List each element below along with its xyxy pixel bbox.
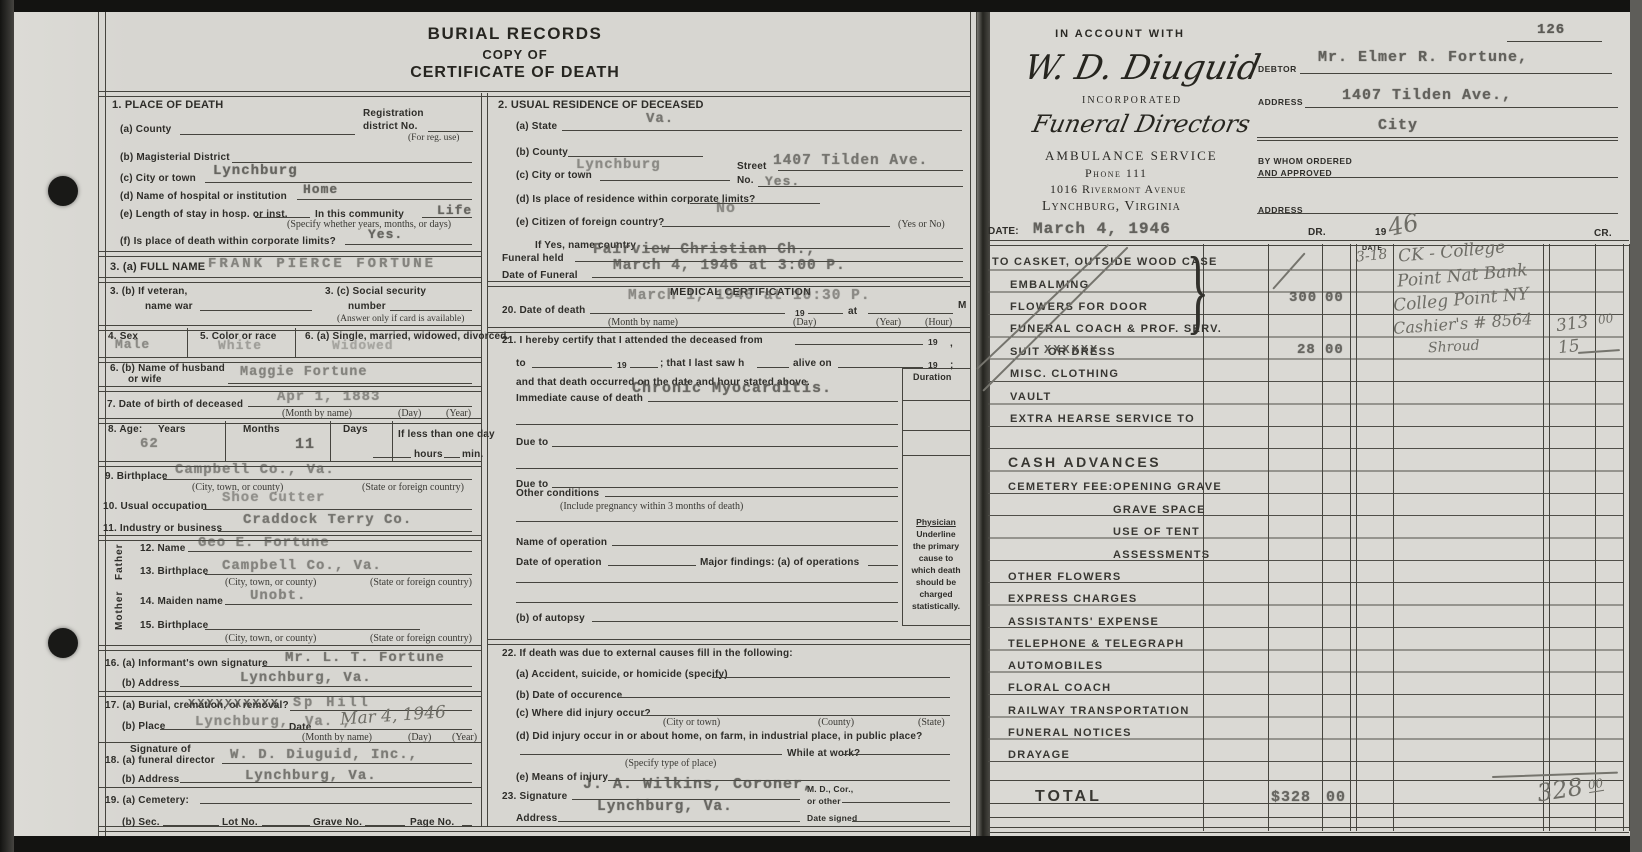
ledger-item: OPENING GRAVE xyxy=(1113,481,1222,493)
age-years-label: Years xyxy=(158,424,186,435)
physician-note-line: should be xyxy=(902,576,970,588)
md-cor-label: M. D., Cor., xyxy=(807,784,853,794)
street-no-label: No. xyxy=(737,175,754,186)
date-col-entry: 3-18 xyxy=(1355,246,1388,265)
mother-label: Mother xyxy=(114,588,125,630)
punch-hole xyxy=(48,628,78,658)
burial-place-value: Lynchburg, xyxy=(195,714,289,730)
age-less-label: If less than one day xyxy=(398,429,495,440)
death-date-label: 20. Date of death xyxy=(502,305,585,316)
age-days-label: Days xyxy=(343,424,368,435)
physician-note-line: Physician xyxy=(902,516,970,528)
industry-label: 11. Industry or business xyxy=(103,523,222,534)
section2-title: 2. USUAL RESIDENCE OF DECEASED xyxy=(498,99,704,111)
total-label: TOTAL xyxy=(1035,788,1102,806)
director-addr-label: (b) Address xyxy=(122,774,179,785)
city-town-value: Lynchburg xyxy=(213,163,298,179)
mother-bp-hint1: (City, town, or county) xyxy=(225,633,316,644)
age-hours-label: hours xyxy=(414,449,443,460)
scan-left-edge xyxy=(0,0,14,852)
place-type-hint: (Specify type of place) xyxy=(625,758,716,769)
document-subtitle: COPY OF xyxy=(290,47,740,62)
street-label: Street xyxy=(737,161,767,172)
funeral-date-value: March 4, 1946 at 3:00 P. xyxy=(613,258,846,274)
phone: Phone 111 xyxy=(1085,166,1148,181)
marital-value: Widowed xyxy=(332,338,394,353)
ledger-page-number: 126 xyxy=(1537,22,1565,38)
or-other-label: or other xyxy=(807,796,841,806)
scan-top-edge xyxy=(0,0,1642,12)
maiden-name-value: Unobt. xyxy=(250,588,306,604)
death-at-label: at xyxy=(848,306,857,317)
dr-amount-cents: 00 xyxy=(1325,290,1344,306)
mother-birthplace-label: 15. Birthplace xyxy=(140,620,208,631)
date-signed-label: Date signed xyxy=(807,813,857,823)
ledger-item: ASSISTANTS' EXPENSE xyxy=(1008,616,1159,628)
duration-label: Duration xyxy=(913,372,952,382)
ledger-item: FUNERAL NOTICES xyxy=(1008,727,1132,739)
spouse-value: Maggie Fortune xyxy=(240,365,367,380)
by-whom-label1: BY WHOM ORDERED xyxy=(1258,156,1352,166)
funeral-date-label: Date of Funeral xyxy=(502,270,578,281)
pageno-label: Page No. xyxy=(410,817,454,828)
debtor-address-value: 1407 Tilden Ave., xyxy=(1342,87,1512,104)
ledger-item: VAULT xyxy=(1010,391,1052,403)
citizen-value: No xyxy=(716,200,736,217)
ledger-item: RAILWAY TRANSPORTATION xyxy=(1008,705,1190,717)
mother-bp-hint2: (State or foreign country) xyxy=(370,633,472,644)
funeral-held-value: Fairview Christian Ch., xyxy=(593,242,816,258)
birthplace-label: 9. Birthplace xyxy=(105,471,168,482)
ledger-item: CEMETERY FEE: xyxy=(1008,481,1114,493)
injury-hint-county: (County) xyxy=(818,717,854,728)
physician-note-line: the primary xyxy=(902,540,970,552)
injury-where-label: (c) Where did injury occur? xyxy=(516,708,651,719)
physician-note-line: Underline xyxy=(902,528,970,540)
age-min-label: min. xyxy=(462,449,483,460)
occupation-value: Shoe Cutter xyxy=(222,490,325,506)
father-birthplace-label: 13. Birthplace xyxy=(140,566,208,577)
death-date-value: March 1, 1946 at 10:30 P. xyxy=(628,288,871,304)
informant-addr-value: Lynchburg, Va. xyxy=(240,670,372,686)
district-no-label: district No. xyxy=(363,121,418,132)
registration-label: Registration xyxy=(363,108,424,119)
full-name-label: 3. (a) FULL NAME xyxy=(110,261,205,273)
spouse-label1: 6. (b) Name of husband xyxy=(110,363,225,374)
burial-strike-overlay: XXXXXXXXXX xyxy=(188,697,280,711)
cause-label: Immediate cause of death xyxy=(516,393,643,404)
physician-note: Physician Underline the primary cause to… xyxy=(902,516,970,612)
debtor-address-label: ADDRESS xyxy=(1258,97,1303,107)
cr-amount-cents: 00 xyxy=(1597,311,1614,327)
lot-label: Lot No. xyxy=(222,817,258,828)
ss-label: 3. (c) Social security xyxy=(325,286,426,297)
cr-total-cents: 00 xyxy=(1587,776,1604,793)
suit-strike-overlay: XXXXXX xyxy=(1044,343,1099,357)
cr-label: CR. xyxy=(1594,228,1612,239)
county-label: (a) County xyxy=(120,124,171,135)
father-birthplace-value: Campbell Co., Va. xyxy=(222,558,382,574)
father-label: Father xyxy=(114,540,125,580)
op-date-label: Date of operation xyxy=(516,557,602,568)
informant-label: 16. (a) Informant's own signature xyxy=(105,658,268,669)
funeral-held-label: Funeral held xyxy=(502,253,564,264)
informant-addr-label: (b) Address xyxy=(122,678,179,689)
certify-to: to xyxy=(516,358,526,369)
ledger-item: EXTRA HEARSE SERVICE TO xyxy=(1010,413,1195,425)
city-town-label: (c) City or town xyxy=(120,173,196,184)
items-brace: } xyxy=(1186,244,1209,336)
major-findings-label: Major findings: (a) of operations xyxy=(700,557,859,568)
cemetery-label: 19. (a) Cemetery: xyxy=(105,795,189,806)
res-city-label: (c) City or town xyxy=(516,170,592,181)
yr-label: 19 xyxy=(1375,227,1387,238)
certify-comma: , xyxy=(950,338,953,349)
ambulance-service: AMBULANCE SERVICE xyxy=(1045,148,1218,164)
ledger-date-value: March 4, 1946 xyxy=(1033,220,1171,238)
physician-note-line: cause to xyxy=(902,552,970,564)
ledger-item: DRAYAGE xyxy=(1008,749,1070,761)
dr-total: $328 xyxy=(1271,789,1311,806)
ledger-item: EXPRESS CHARGES xyxy=(1008,593,1138,605)
scan-right-edge xyxy=(1630,0,1642,852)
debtor-value: Mr. Elmer R. Fortune, xyxy=(1318,49,1528,66)
pregnancy-hint: (Include pregnancy within 3 months of de… xyxy=(560,501,743,512)
signature-addr-label: Address xyxy=(516,813,557,824)
res-county-label: (b) County xyxy=(516,147,568,158)
injury-hint-city: (City or town) xyxy=(663,717,720,728)
res-state-label: (a) State xyxy=(516,121,557,132)
father-name-value: Geo E. Fortune xyxy=(198,535,330,551)
injury-home-label: (d) Did injury occur in or about home, o… xyxy=(516,731,922,742)
burial-place-label: (b) Place xyxy=(122,721,165,732)
certify-lastsaw: ; that I last saw h xyxy=(660,358,744,369)
magisterial-label: (b) Magisterial District xyxy=(120,152,230,163)
cause-value: Chronic Myocarditis. xyxy=(632,380,832,397)
reg-use-hint: (For reg. use) xyxy=(408,133,459,143)
certify-line1: 21. I hereby certify that I attended the… xyxy=(502,335,763,346)
cash-advances-header: CASH ADVANCES xyxy=(1008,454,1161,470)
hospital-value: Home xyxy=(303,182,338,197)
physician-note-line: statistically. xyxy=(902,600,970,612)
physician-note-line: charged xyxy=(902,588,970,600)
due1-label: Due to xyxy=(516,437,548,448)
physician-note-line: which death xyxy=(902,564,970,576)
occurence-label: (b) Date of occurence xyxy=(516,690,622,701)
external-title: 22. If death was due to external causes … xyxy=(502,648,793,659)
scanned-burial-record: BURIAL RECORDS COPY OF CERTIFICATE OF DE… xyxy=(0,0,1642,852)
ledger-item: TO CASKET, OUTSIDE WOOD CASE xyxy=(992,256,1218,268)
industry-value: Craddock Terry Co. xyxy=(243,512,412,528)
ledger-item: FLORAL COACH xyxy=(1008,682,1111,694)
firm-name: W. D. Diuguid xyxy=(1021,48,1264,88)
birth-date-value: Apr 1, 1883 xyxy=(277,389,380,405)
race-value: White xyxy=(218,338,262,353)
certify-aliveon: alive on xyxy=(793,358,832,369)
maiden-name-label: 14. Maiden name xyxy=(140,596,223,607)
director-sig-label1: Signature of xyxy=(130,744,191,755)
corp-limits-value: Yes. xyxy=(368,227,403,242)
certify-semi: ; xyxy=(950,360,954,371)
father-name-label: 12. Name xyxy=(140,543,186,554)
street-value: 1407 Tilden Ave. xyxy=(773,153,928,169)
full-name-value: FRANK PIERCE FORTUNE xyxy=(208,256,436,272)
community-value: Life xyxy=(437,203,472,218)
signature-label: 23. Signature xyxy=(502,791,567,802)
dr-amount: 300 xyxy=(1289,290,1317,306)
operation-label: Name of operation xyxy=(516,537,607,548)
ledger-item: OTHER FLOWERS xyxy=(1008,571,1121,583)
age-years-value: 62 xyxy=(140,436,159,452)
director-sig-label2: 18. (a) funeral director xyxy=(105,755,215,766)
dr-amount-cents: 00 xyxy=(1325,342,1344,358)
firm-city: Lynchburg, Virginia xyxy=(1042,199,1181,215)
stay-label: (e) Length of stay in hosp. or inst. xyxy=(120,209,288,220)
age-label: 8. Age: xyxy=(108,424,142,435)
citizen-hint: (Yes or No) xyxy=(898,219,945,230)
birth-date-label: 7. Date of birth of deceased xyxy=(107,399,243,410)
director-value: W. D. Diuguid, Inc., xyxy=(230,747,418,763)
scan-bottom-edge xyxy=(0,836,1642,852)
dr-amount: 28 xyxy=(1297,342,1316,358)
ledger-item: USE OF TENT xyxy=(1113,526,1200,538)
accident-label: (a) Accident, suicide, or homicide (spec… xyxy=(516,669,728,680)
document-title: BURIAL RECORDS xyxy=(290,24,740,44)
veteran-label: 3. (b) If veteran, xyxy=(110,286,188,297)
autopsy-label: (b) of autopsy xyxy=(516,613,585,624)
father-bp-hint2: (State or foreign country) xyxy=(370,577,472,588)
ss-number-label: number xyxy=(348,301,386,312)
section1-title: 1. PLACE OF DEATH xyxy=(112,99,223,111)
debtor-city-value: City xyxy=(1378,117,1418,134)
death-m-label: M xyxy=(958,300,967,311)
ledger-item: EMBALMING xyxy=(1010,279,1090,291)
ledger-item: TELEPHONE & TELEGRAPH xyxy=(1008,638,1184,650)
punch-hole xyxy=(48,176,78,206)
in-account-with: IN ACCOUNT WITH xyxy=(1040,28,1200,40)
ledger-item: MISC. CLOTHING xyxy=(1010,368,1119,380)
father-bp-hint1: (City, town, or county) xyxy=(225,577,316,588)
sex-value: Male xyxy=(115,337,150,352)
ledger-item: FLOWERS FOR DOOR xyxy=(1010,301,1148,313)
name-war-label: name war xyxy=(145,301,193,312)
grave-label: Grave No. xyxy=(313,817,362,828)
age-months-label: Months xyxy=(243,424,280,435)
birthplace-value: Campbell Co., Va. xyxy=(175,462,335,478)
birthplace-hint2: (State or foreign country) xyxy=(362,482,464,493)
sec-label: (b) Sec. xyxy=(122,817,160,828)
res-state-value: Va. xyxy=(646,111,674,127)
informant-value: Mr. L. T. Fortune xyxy=(285,650,445,666)
ledger-item: GRAVE SPACE xyxy=(1113,504,1206,516)
ss-hint: (Answer only if card is available) xyxy=(337,314,464,324)
corp-limits-label: (f) Is place of death within corporate l… xyxy=(120,236,336,247)
age-months-value: 11 xyxy=(295,436,315,453)
firm-street: 1016 Rivermont Avenue xyxy=(1050,182,1186,197)
incorporated: INCORPORATED xyxy=(1082,95,1182,106)
dr-total-cents: 00 xyxy=(1326,789,1346,806)
ledger-item: ASSESSMENTS xyxy=(1113,549,1210,561)
note-handwritten: Shroud xyxy=(1428,338,1480,357)
injury-hint-state: (State) xyxy=(918,717,945,728)
certify-19a: 19 xyxy=(928,337,938,347)
citizen-label: (e) Citizen of foreign country? xyxy=(516,217,664,228)
certify-19b: 19 xyxy=(617,360,627,370)
debtor-label: DEBTOR xyxy=(1258,64,1297,74)
signature-addr-value: Lynchburg, Va. xyxy=(597,799,733,815)
hospital-label: (d) Name of hospital or institution xyxy=(120,191,287,202)
other-cond-label: Other conditions xyxy=(516,488,599,499)
ledger-item: AUTOMOBILES xyxy=(1008,660,1103,672)
cr-amount: 15 xyxy=(1557,336,1581,358)
spouse-label2: or wife xyxy=(128,374,162,385)
dr-label: DR. xyxy=(1308,227,1326,238)
document-subtitle2: CERTIFICATE OF DEATH xyxy=(290,64,740,82)
funeral-directors: Funeral Directors xyxy=(1030,110,1253,138)
occupation-label: 10. Usual occupation xyxy=(103,501,207,512)
ledger-date-label: DATE: xyxy=(988,226,1019,237)
signature-value: J. A. Wilkins, Coroner, xyxy=(583,776,813,793)
